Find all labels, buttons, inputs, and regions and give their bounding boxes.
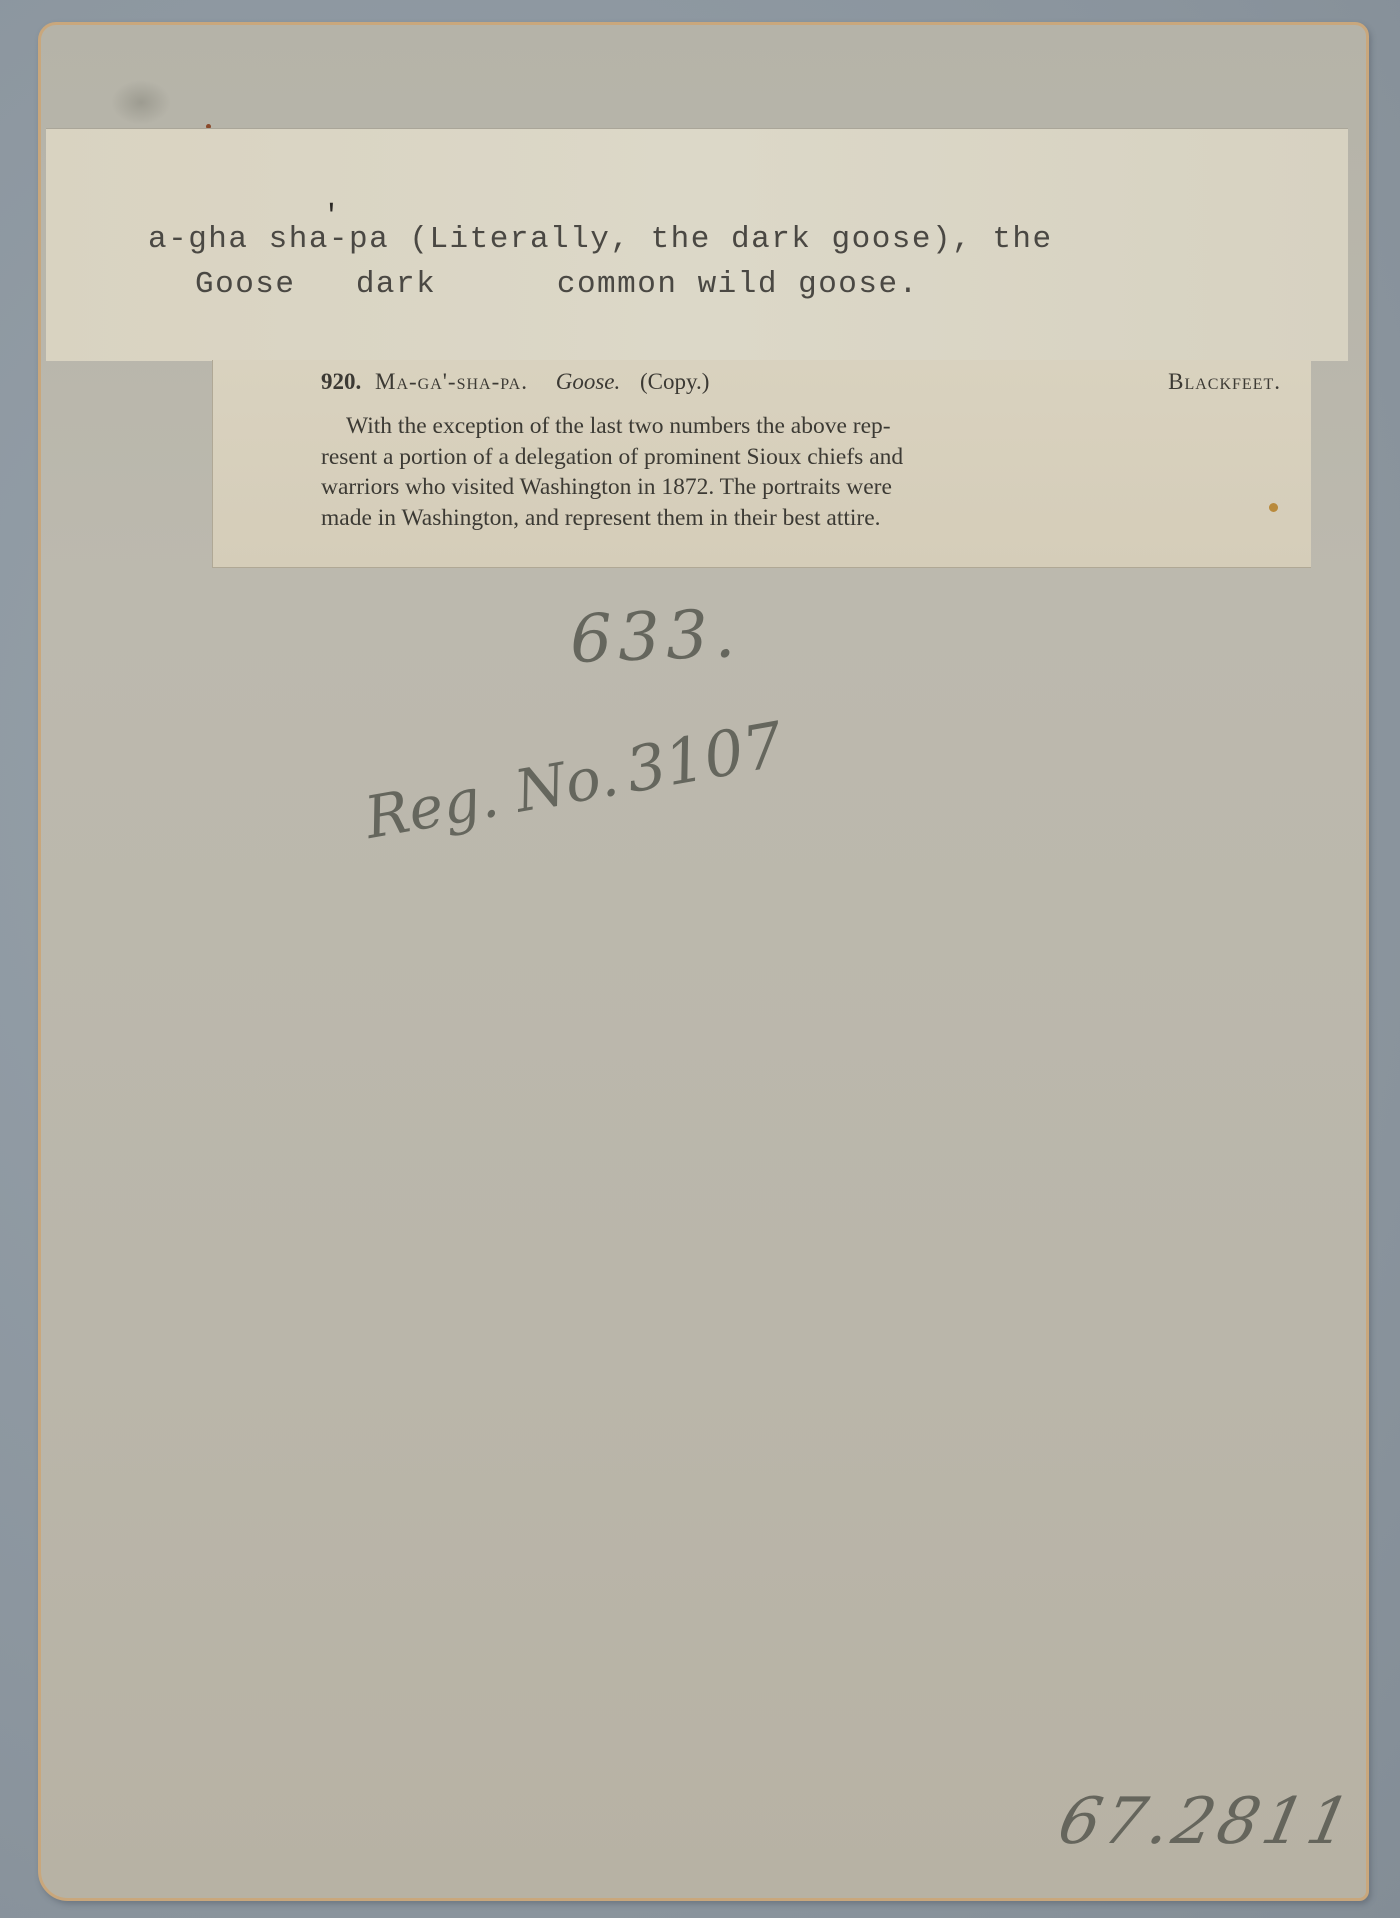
entry-number: 920. (321, 369, 361, 394)
subject-name: Ma-ga'-sha-pa. (375, 369, 528, 394)
body-line: warriors who visited Washington in 1872.… (321, 472, 1281, 503)
copy-note: (Copy.) (640, 369, 709, 394)
body-line: With the exception of the last two numbe… (321, 411, 1281, 442)
body-line: resent a portion of a delegation of prom… (321, 442, 1281, 473)
printed-label-header: 920. Ma-ga'-sha-pa. Goose. (Copy.) Black… (321, 369, 1281, 395)
typed-line-2: Goose dark common wild goose. (195, 267, 919, 302)
handwritten-catalog-number: 67.2811 (1052, 1785, 1360, 1859)
printed-label-body: With the exception of the last two numbe… (321, 411, 1281, 533)
foxing-stain (1269, 503, 1278, 512)
smudge-mark (111, 80, 171, 125)
handwritten-number: 633. (569, 595, 743, 678)
tribe-name: Blackfeet. (1168, 369, 1281, 395)
english-name: Goose. (556, 369, 621, 394)
body-line: made in Washington, and represent them i… (321, 503, 1281, 534)
printed-label: 920. Ma-ga'-sha-pa. Goose. (Copy.) Black… (212, 360, 1311, 568)
typed-line-1: a-gha sha-pa (Literally, the dark goose)… (148, 222, 1053, 257)
